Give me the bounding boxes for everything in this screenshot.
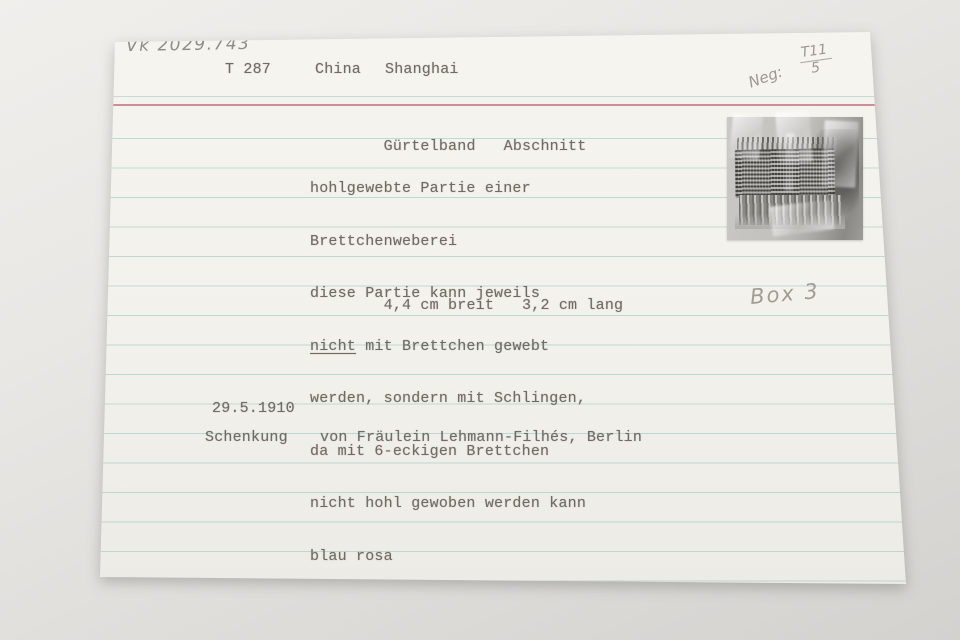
dimension-length: 3,2 cm lang xyxy=(522,297,623,314)
tape-strip xyxy=(821,120,858,188)
description-line: blau rosa xyxy=(310,548,586,566)
dimension-width: 4,4 cm breit xyxy=(384,297,494,314)
acquisition-source: von Fräulein Lehmann-Filhés, Berlin xyxy=(320,429,642,447)
negative-label: Neg: xyxy=(746,63,785,92)
index-card: Vk 2029.743 T 287 China Shanghai Neg: T1… xyxy=(100,30,906,584)
description-line-rest: mit Brettchen gewebt xyxy=(356,338,549,355)
description-line: nicht mit Brettchen gewebt xyxy=(310,338,586,356)
header-rule-teal xyxy=(100,96,906,97)
description-line: nicht hohl gewoben werden kann xyxy=(310,495,586,513)
acquisition-date: 29.5.1910 xyxy=(212,400,295,418)
dimensions-line: 4,4 cm breit3,2 cm lang xyxy=(310,279,623,332)
photo-backdrop: Vk 2029.743 T 287 China Shanghai Neg: T1… xyxy=(0,0,960,640)
negative-number: T11 5 xyxy=(798,42,835,78)
tape-strip xyxy=(729,114,763,161)
negative-number-bottom: 5 xyxy=(810,61,821,77)
description-line: hohlgewebte Partie einer xyxy=(310,180,586,198)
inventory-number: Vk 2029.743 xyxy=(126,34,251,56)
place-country: China xyxy=(315,61,361,79)
place-city: Shanghai xyxy=(385,61,459,79)
acquisition-type: Schenkung xyxy=(205,429,288,447)
underlined-word: nicht xyxy=(310,338,356,355)
header-rule-red xyxy=(100,104,906,106)
description-line: werden, sondern mit Schlingen, xyxy=(310,390,586,408)
description-line: Brettchenweberei xyxy=(310,233,586,251)
textile-fragment-photo xyxy=(727,117,863,240)
tape-strip xyxy=(769,199,834,236)
description-block: hohlgewebte Partie einer Brettchenwebere… xyxy=(310,145,586,600)
object-number: T 287 xyxy=(225,61,271,79)
card-shadow-wrap: Vk 2029.743 T 287 China Shanghai Neg: T1… xyxy=(0,0,960,640)
